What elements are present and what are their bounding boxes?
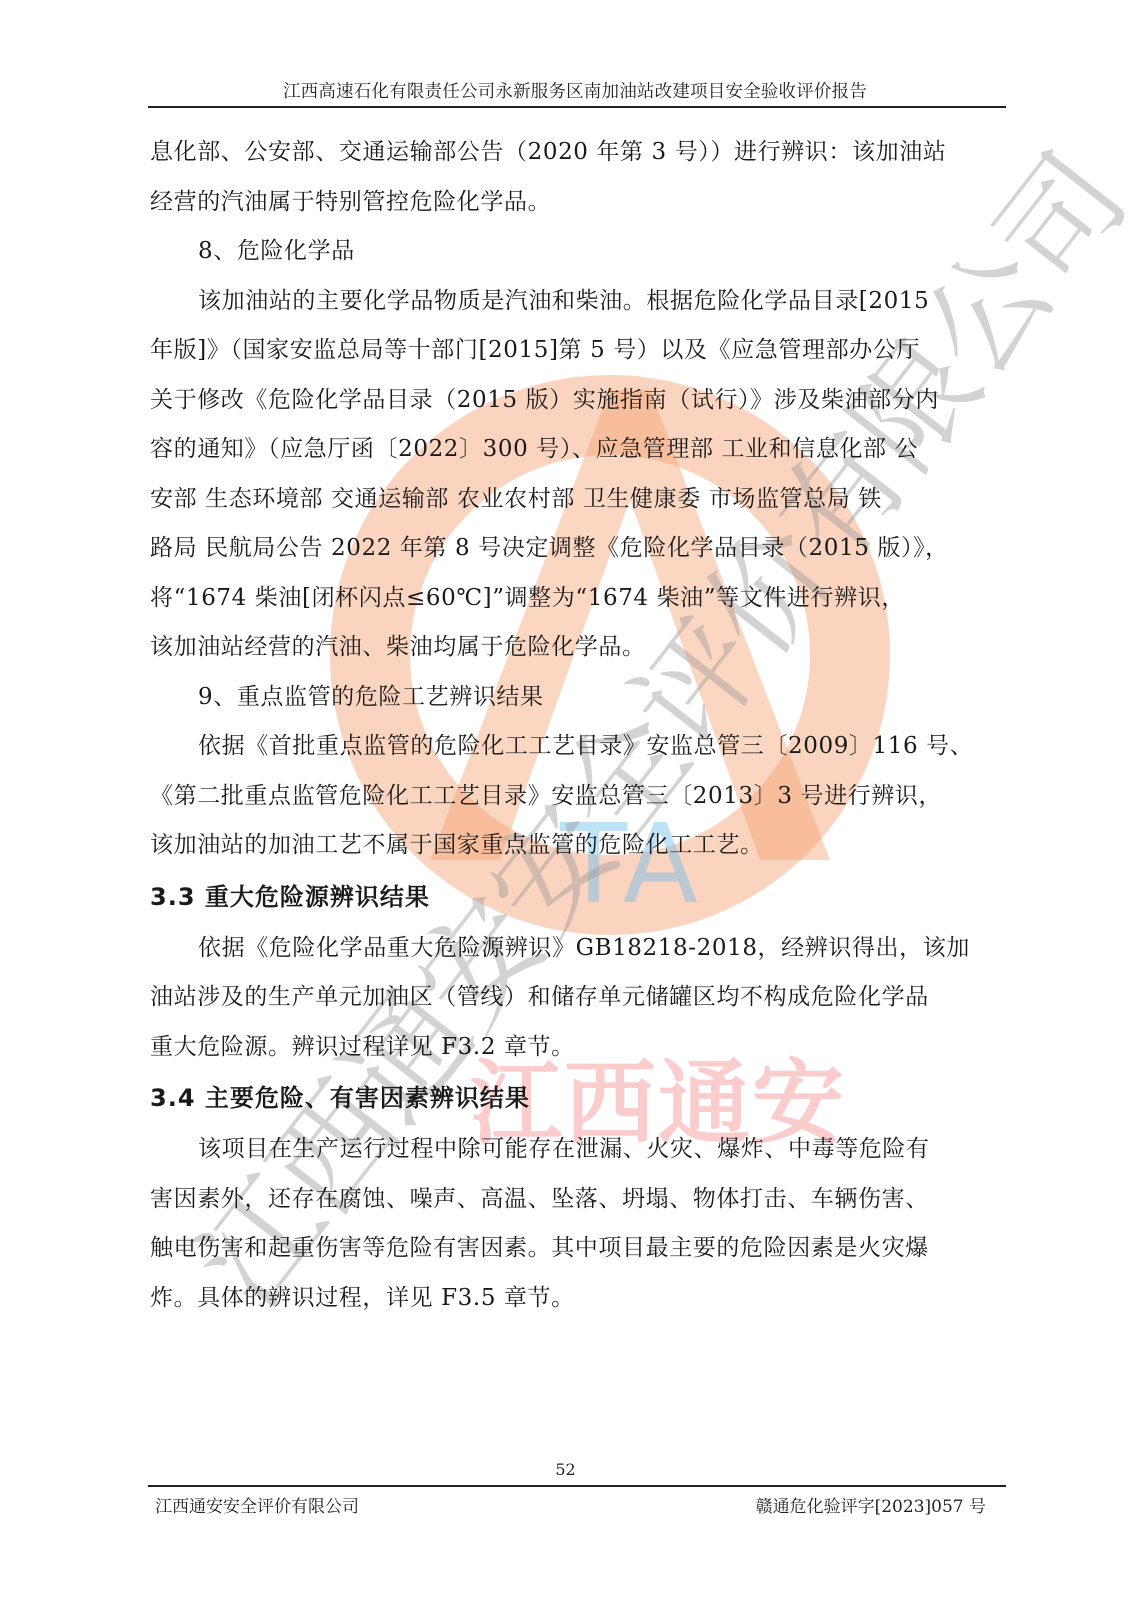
paragraph-line: 重大危险源。辨识过程详见 F3.2 章节。: [150, 1023, 1002, 1073]
paragraph-line: 该加油站的主要化学品物质是汽油和柴油。根据危险化学品目录[2015: [150, 277, 1002, 327]
item-heading-9: 9、重点监管的危险工艺辨识结果: [150, 673, 1002, 723]
paragraph-line: 将“1674 柴油[闭杯闪点≤60℃]”调整为“1674 柴油”等文件进行辨识，: [150, 574, 1002, 624]
paragraph-line: 安部 生态环境部 交通运输部 农业农村部 卫生健康委 市场监管总局 铁: [150, 475, 1002, 525]
document-body: 息化部、公安部、交通运输部公告（2020 年第 3 号））进行辨识：该加油站 经…: [150, 128, 1002, 1323]
paragraph-line: 害因素外，还存在腐蚀、噪声、高温、坠落、坍塌、物体打击、车辆伤害、: [150, 1175, 1002, 1225]
page-number: 52: [0, 1460, 1131, 1479]
paragraph-line: 依据《首批重点监管的危险化工工艺目录》安监总管三〔2009〕116 号、: [150, 722, 1002, 772]
paragraph-line: 《第二批重点监管危险化工工艺目录》安监总管三〔2013〕3 号进行辨识，: [150, 772, 1002, 822]
paragraph-line: 炸。具体的辨识过程，详见 F3.5 章节。: [150, 1274, 1002, 1324]
footer-doc-number: 赣通危化验评字[2023]057 号: [756, 1492, 986, 1517]
paragraph-line: 容的通知》（应急厅函〔2022〕300 号）、应急管理部 工业和信息化部 公: [150, 425, 1002, 475]
footer-divider: [148, 1485, 1006, 1487]
footer-company: 江西通安安全评价有限公司: [155, 1492, 359, 1517]
running-header: 江西高速石化有限责任公司永新服务区南加油站改建项目安全验收评价报告: [150, 78, 1000, 103]
paragraph-line: 路局 民航局公告 2022 年第 8 号决定调整《危险化学品目录（2015 版）…: [150, 524, 1002, 574]
item-heading-8: 8、危险化学品: [150, 227, 1002, 277]
paragraph-line: 经营的汽油属于特别管控危险化学品。: [150, 178, 1002, 228]
header-divider: [148, 106, 1006, 108]
paragraph-line: 该项目在生产运行过程中除可能存在泄漏、火灾、爆炸、中毒等危险有: [150, 1125, 1002, 1175]
paragraph-line: 依据《危险化学品重大危险源辨识》GB18218-2018，经辨识得出，该加: [150, 924, 1002, 974]
paragraph-line: 该加油站经营的汽油、柴油均属于危险化学品。: [150, 623, 1002, 673]
paragraph-line: 油站涉及的生产单元加油区（管线）和储存单元储罐区均不构成危险化学品: [150, 973, 1002, 1023]
paragraph-line: 息化部、公安部、交通运输部公告（2020 年第 3 号））进行辨识：该加油站: [150, 128, 1002, 178]
section-heading-3-3: 3.3 重大危险源辨识结果: [150, 871, 1002, 924]
paragraph-line: 触电伤害和起重伤害等危险有害因素。其中项目最主要的危险因素是火灾爆: [150, 1224, 1002, 1274]
paragraph-line: 关于修改《危险化学品目录（2015 版）实施指南（试行）》涉及柴油部分内: [150, 376, 1002, 426]
paragraph-line: 年版]》（国家安监总局等十部门[2015]第 5 号）以及《应急管理部办公厅: [150, 326, 1002, 376]
document-page: TA 江西通安 江西通安安全评价有限公司 江西高速石化有限责任公司永新服务区南加…: [0, 0, 1131, 1600]
section-heading-3-4: 3.4 主要危险、有害因素辨识结果: [150, 1072, 1002, 1125]
paragraph-line: 该加油站的加油工艺不属于国家重点监管的危险化工工艺。: [150, 821, 1002, 871]
